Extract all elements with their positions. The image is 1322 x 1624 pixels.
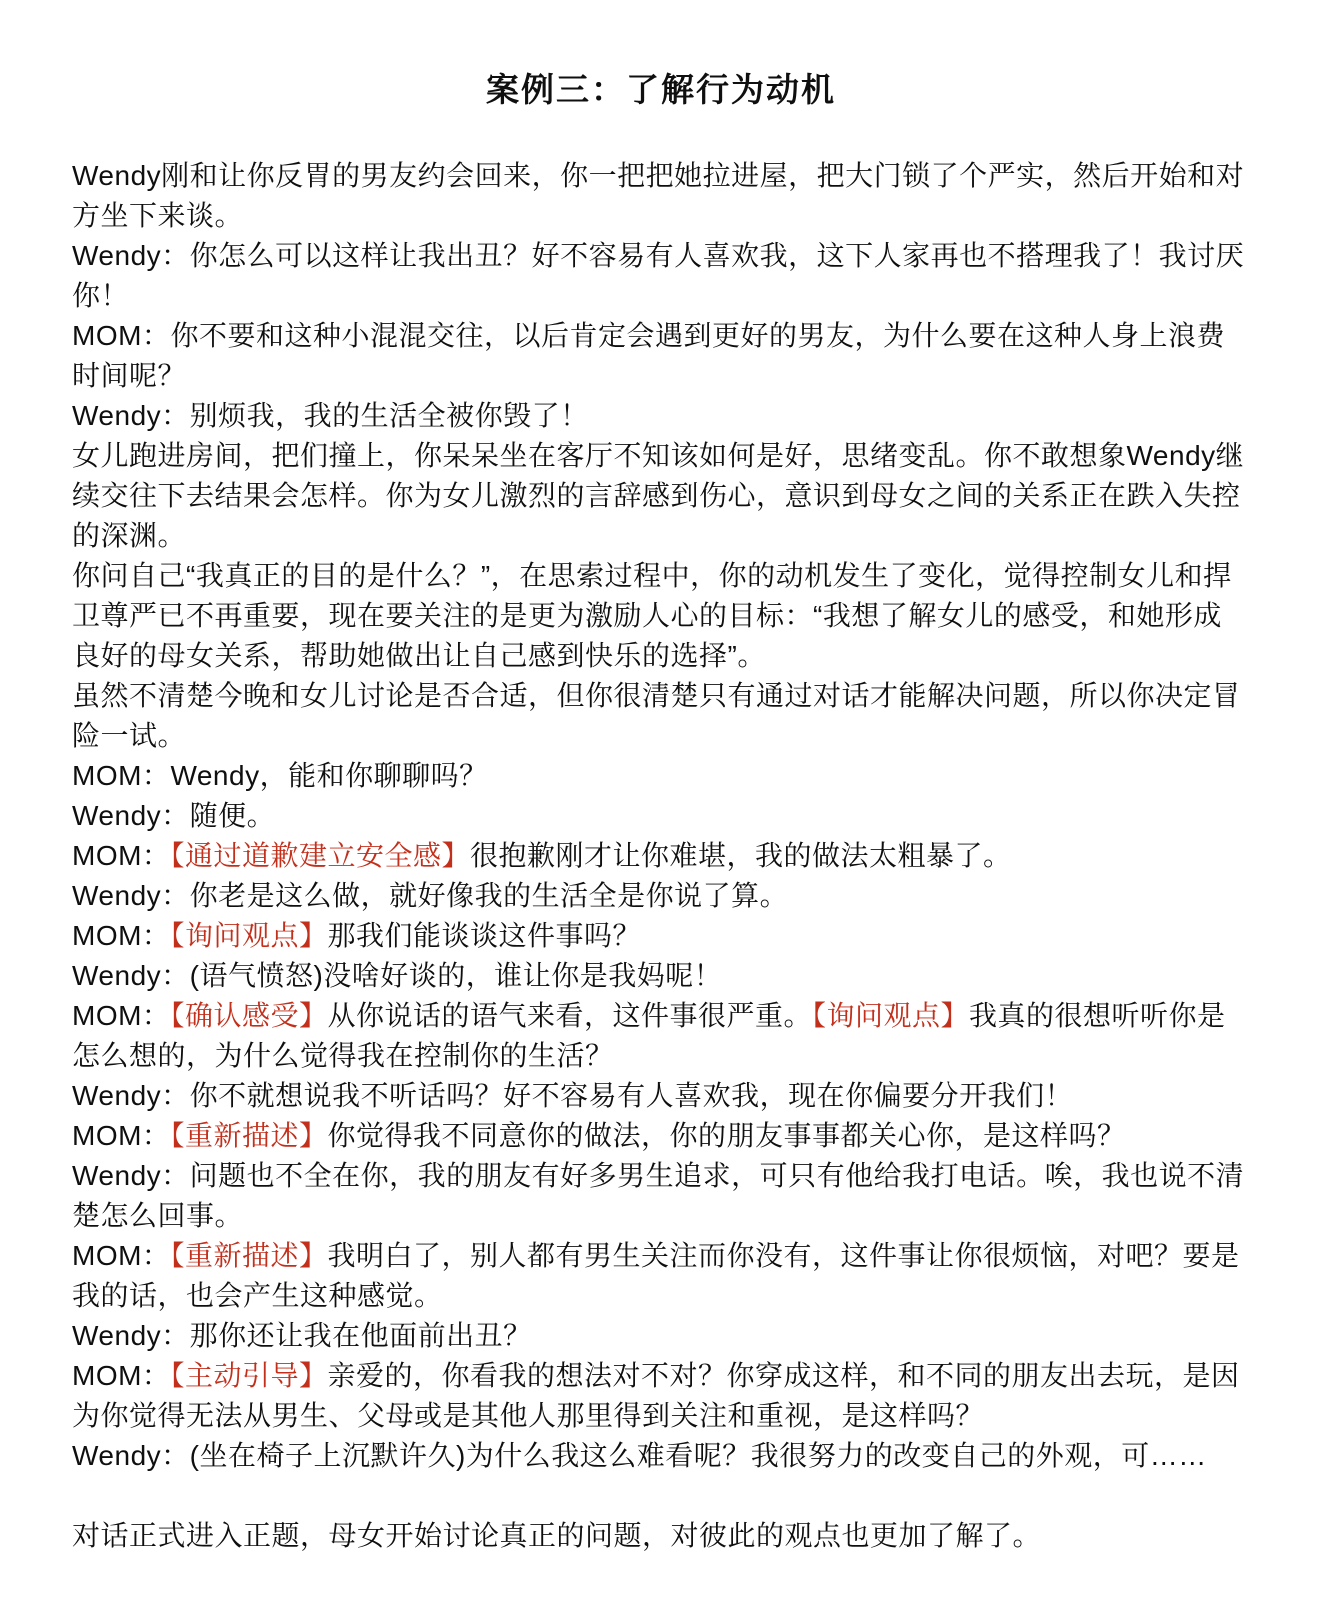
speaker-label: Wendy：: [72, 1440, 190, 1471]
speaker-label: Wendy：: [72, 1160, 190, 1191]
skill-tag: 【重新描述】: [170, 1240, 327, 1271]
skill-tag: 【询问观点】: [812, 1000, 969, 1031]
skill-tag: 【主动引导】: [170, 1360, 327, 1391]
narration-paragraph: Wendy刚和让你反胃的男友约会回来，你一把把她拉进屋，把大门锁了个严实，然后开…: [72, 156, 1250, 236]
speaker-label: MOM：: [72, 920, 170, 951]
text-run: 对话正式进入正题，母女开始讨论真正的问题，对彼此的观点也更加了解了。: [72, 1520, 1041, 1551]
dialogue-paragraph: MOM：【通过道歉建立安全感】很抱歉刚才让你难堪，我的做法太粗暴了。: [72, 836, 1250, 876]
dialogue-paragraph: MOM：【主动引导】亲爱的，你看我的想法对不对？你穿成这样，和不同的朋友出去玩，…: [72, 1356, 1250, 1436]
text-run: 女儿跑进房间，把们撞上，你呆呆坐在客厅不知该如何是好，思绪变乱。你不敢想象Wen…: [72, 440, 1244, 551]
dialogue-paragraph: Wendy：你老是这么做，就好像我的生活全是你说了算。: [72, 876, 1250, 916]
dialogue-paragraph: MOM：Wendy，能和你聊聊吗？: [72, 756, 1250, 796]
narration-paragraph: 对话正式进入正题，母女开始讨论真正的问题，对彼此的观点也更加了解了。: [72, 1516, 1250, 1556]
text-run: 虽然不清楚今晚和女儿讨论是否合适，但你很清楚只有通过对话才能解决问题，所以你决定…: [72, 680, 1241, 751]
text-run: 那你还让我在他面前出丑？: [190, 1320, 532, 1351]
narration-paragraph: 虽然不清楚今晚和女儿讨论是否合适，但你很清楚只有通过对话才能解决问题，所以你决定…: [72, 676, 1250, 756]
dialogue-paragraph: MOM：【确认感受】从你说话的语气来看，这件事很严重。【询问观点】我真的很想听听…: [72, 996, 1250, 1076]
speaker-label: MOM：: [72, 1360, 170, 1391]
dialogue-paragraph: Wendy：(语气愤怒)没啥好谈的，谁让你是我妈呢！: [72, 956, 1250, 996]
speaker-label: MOM：: [72, 1000, 170, 1031]
speaker-label: Wendy：: [72, 1320, 190, 1351]
document-page: 案例三：了解行为动机 Wendy刚和让你反胃的男友约会回来，你一把把她拉进屋，把…: [0, 0, 1322, 1624]
dialogue-paragraph: Wendy：你不就想说我不听话吗？好不容易有人喜欢我，现在你偏要分开我们！: [72, 1076, 1250, 1116]
speaker-label: MOM：: [72, 1120, 170, 1151]
text-run: 很抱歉刚才让你难堪，我的做法太粗暴了。: [470, 840, 1012, 871]
text-run: 别烦我，我的生活全被你毁了！: [190, 400, 589, 431]
speaker-label: Wendy：: [72, 1080, 190, 1111]
paragraph-spacer: [72, 1476, 1250, 1516]
text-run: 你问自己“我真正的目的是什么？”，在思索过程中，你的动机发生了变化，觉得控制女儿…: [72, 560, 1232, 671]
narration-paragraph: 女儿跑进房间，把们撞上，你呆呆坐在客厅不知该如何是好，思绪变乱。你不敢想象Wen…: [72, 436, 1250, 556]
dialogue-paragraph: Wendy：那你还让我在他面前出丑？: [72, 1316, 1250, 1356]
text-run: 你不就想说我不听话吗？好不容易有人喜欢我，现在你偏要分开我们！: [190, 1080, 1074, 1111]
text-run: 你不要和这种小混混交往，以后肯定会遇到更好的男友，为什么要在这种人身上浪费时间呢…: [72, 320, 1225, 391]
text-run: 那我们能谈谈这件事吗？: [327, 920, 641, 951]
text-run: (语气愤怒)没啥好谈的，谁让你是我妈呢！: [190, 960, 723, 991]
dialogue-paragraph: Wendy：你怎么可以这样让我出丑？好不容易有人喜欢我，这下人家再也不搭理我了！…: [72, 236, 1250, 316]
text-run: 你老是这么做，就好像我的生活全是你说了算。: [190, 880, 789, 911]
text-run: 你怎么可以这样让我出丑？好不容易有人喜欢我，这下人家再也不搭理我了！我讨厌你！: [72, 240, 1244, 311]
speaker-label: MOM：: [72, 840, 170, 871]
speaker-label: MOM：: [72, 1240, 170, 1271]
dialogue-paragraph: Wendy：(坐在椅子上沉默许久)为什么我这么难看呢？我很努力的改变自己的外观，…: [72, 1436, 1250, 1476]
dialogue-paragraph: MOM：【重新描述】你觉得我不同意你的做法，你的朋友事事都关心你，是这样吗？: [72, 1116, 1250, 1156]
speaker-label: Wendy：: [72, 880, 190, 911]
speaker-label: MOM：: [72, 760, 170, 791]
document-body: Wendy刚和让你反胃的男友约会回来，你一把把她拉进屋，把大门锁了个严实，然后开…: [72, 156, 1250, 1556]
dialogue-paragraph: Wendy：问题也不全在你，我的朋友有好多男生追求，可只有他给我打电话。唉，我也…: [72, 1156, 1250, 1236]
text-run: 随便。: [190, 800, 276, 831]
speaker-label: Wendy：: [72, 240, 190, 271]
speaker-label: Wendy：: [72, 960, 190, 991]
text-run: Wendy刚和让你反胃的男友约会回来，你一把把她拉进屋，把大门锁了个严实，然后开…: [72, 160, 1244, 231]
dialogue-paragraph: Wendy：别烦我，我的生活全被你毁了！: [72, 396, 1250, 436]
skill-tag: 【通过道歉建立安全感】: [170, 840, 470, 871]
skill-tag: 【重新描述】: [170, 1120, 327, 1151]
page-title: 案例三：了解行为动机: [72, 70, 1250, 110]
skill-tag: 【确认感受】: [170, 1000, 327, 1031]
skill-tag: 【询问观点】: [170, 920, 327, 951]
dialogue-paragraph: MOM：你不要和这种小混混交往，以后肯定会遇到更好的男友，为什么要在这种人身上浪…: [72, 316, 1250, 396]
speaker-label: MOM：: [72, 320, 170, 351]
narration-paragraph: 你问自己“我真正的目的是什么？”，在思索过程中，你的动机发生了变化，觉得控制女儿…: [72, 556, 1250, 676]
text-run: 问题也不全在你，我的朋友有好多男生追求，可只有他给我打电话。唉，我也说不清楚怎么…: [72, 1160, 1244, 1231]
speaker-label: Wendy：: [72, 400, 190, 431]
speaker-label: Wendy：: [72, 800, 190, 831]
dialogue-paragraph: MOM：【询问观点】那我们能谈谈这件事吗？: [72, 916, 1250, 956]
text-run: (坐在椅子上沉默许久)为什么我这么难看呢？我很努力的改变自己的外观，可……: [190, 1440, 1207, 1471]
text-run: Wendy，能和你聊聊吗？: [170, 760, 487, 791]
text-run: 你觉得我不同意你的做法，你的朋友事事都关心你，是这样吗？: [327, 1120, 1125, 1151]
text-run: 从你说话的语气来看，这件事很严重。: [327, 1000, 812, 1031]
dialogue-paragraph: MOM：【重新描述】我明白了，别人都有男生关注而你没有，这件事让你很烦恼，对吧？…: [72, 1236, 1250, 1316]
dialogue-paragraph: Wendy：随便。: [72, 796, 1250, 836]
